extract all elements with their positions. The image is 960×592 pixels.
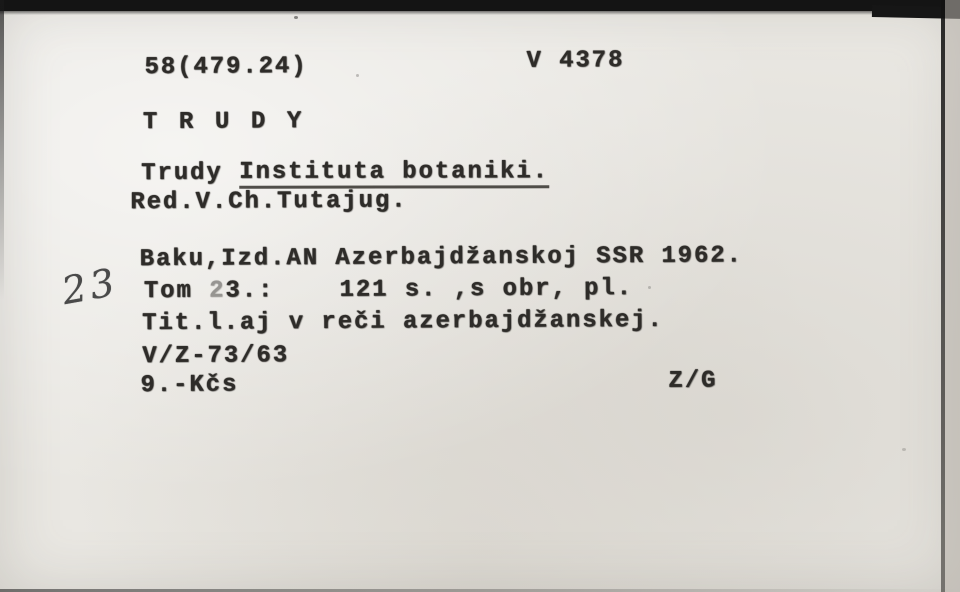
title-underlined-part: Instituta botaniki.: [239, 160, 549, 189]
collation-prefix: Tom: [144, 278, 209, 305]
reference-number: V/Z-73/63: [142, 344, 289, 369]
imprint-line: Baku,Izd.AN Azerbajdžanskoj SSR 1962.: [140, 244, 743, 272]
title-line: Trudy Instituta botaniki.: [141, 160, 549, 190]
card-text-block: 58(479.24) V 4378 T R U D Y Trudy Instit…: [0, 0, 960, 592]
language-note-line: Tit.l.aj v reči azerbajdžanskej.: [142, 309, 664, 336]
collation-faint-digit: 2: [209, 278, 225, 305]
series-heading: T R U D Y: [143, 110, 305, 135]
handwritten-volume-number: 23: [58, 260, 121, 313]
shelfmark: V 4378: [526, 49, 624, 74]
editor-line: Red.V.Ch.Tutajug.: [130, 189, 407, 215]
collation-line: Tom 23.: 121 s. ,s obr, pl.: [144, 277, 633, 304]
cataloger-initials: Z/G: [668, 370, 717, 394]
collation-rest: 3.: 121 s. ,s obr, pl.: [225, 275, 633, 304]
classification-number: 58(479.24): [145, 55, 308, 80]
title-plain-part: Trudy: [141, 159, 239, 187]
price: 9.-Kčs: [140, 373, 238, 398]
scanned-catalog-card: 58(479.24) V 4378 T R U D Y Trudy Instit…: [0, 0, 960, 592]
